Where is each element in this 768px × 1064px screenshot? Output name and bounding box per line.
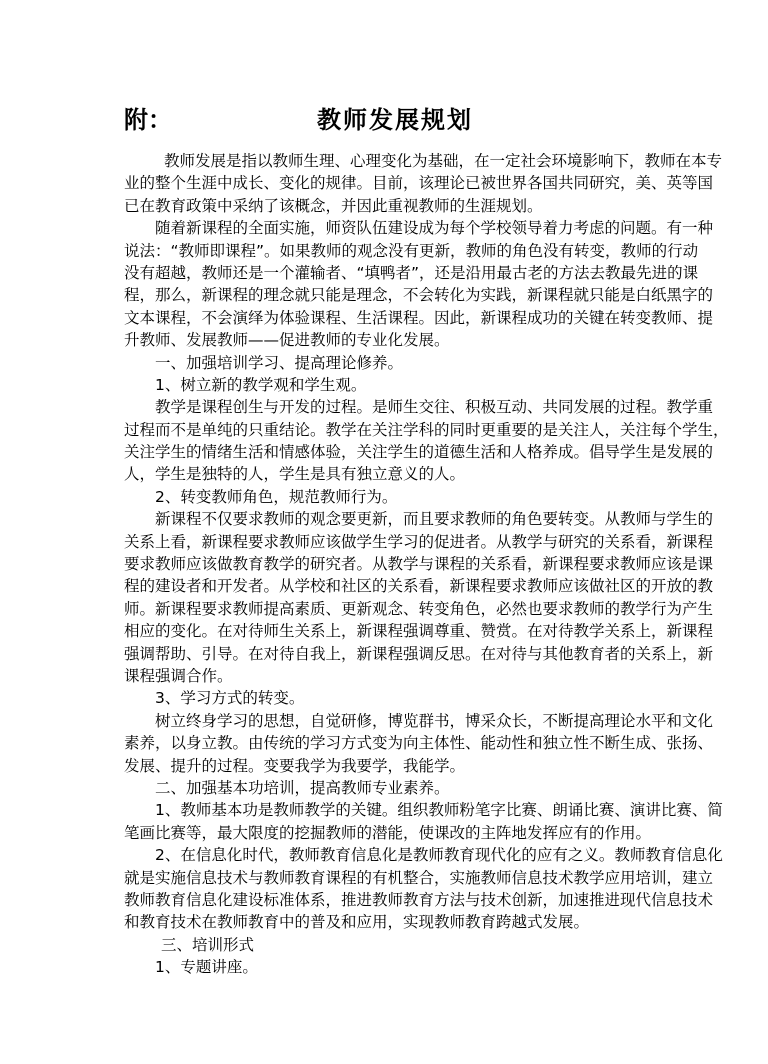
paragraph-line: 2、转变教师角色，规范教师行为。 — [124, 486, 684, 508]
paragraph-line: 师。新课程要求教师提高素质、更新观念、转变角色，必然也要求教师的教学行为产生 — [124, 598, 684, 620]
paragraph-line: 三、培训形式 — [124, 934, 684, 956]
paragraph-line: 过程而不是单纯的只重结论。教学在关注学科的同时更重要的是关注人，关注每个学生， — [124, 419, 684, 441]
paragraph-line: 素养，以身立教。由传统的学习方式变为向主体性、能动性和独立性不断生成、张扬、 — [124, 732, 684, 754]
paragraph-line: 业的整个生涯中成长、变化的规律。目前，该理论已被世界各国共同研究，美、英等国 — [124, 172, 684, 194]
paragraph-line: 相应的变化。在对待师生关系上，新课程强调尊重、赞赏。在对待教学关系上，新课程 — [124, 620, 684, 642]
paragraph-line: 2、在信息化时代，教师教育信息化是教师教育现代化的应有之义。教师教育信息化 — [124, 844, 684, 866]
document-page: 附： 教师发展规划 教师发展是指以教师生理、心理变化为基础，在一定社会环境影响下… — [0, 0, 768, 1064]
paragraph-line: 就是实施信息技术与教师教育课程的有机整合，实施教师信息技术教学应用培训，建立 — [124, 867, 684, 889]
paragraph-line: 笔画比赛等，最大限度的挖掘教师的潜能，使课改的主阵地发挥应有的作用。 — [124, 822, 684, 844]
paragraph-line: 程，那么，新课程的理念就只能是理念，不会转化为实践，新课程就只能是白纸黑字的 — [124, 284, 684, 306]
paragraph-line: 树立终身学习的思想，自觉研修，博览群书，博采众长，不断提高理论水平和文化 — [124, 710, 684, 732]
paragraph-line: 课程强调合作。 — [124, 665, 684, 687]
paragraph-line: 教学是课程创生与开发的过程。是师生交往、积极互动、共同发展的过程。教学重 — [124, 396, 684, 418]
paragraph-line: 二、加强基本功培训，提高教师专业素养。 — [124, 777, 684, 799]
document-body: 教师发展是指以教师生理、心理变化为基础，在一定社会环境影响下，教师在本专业的整个… — [124, 150, 684, 978]
paragraph-line: 升教师、发展教师——促进教师的专业化发展。 — [124, 329, 684, 351]
paragraph-line: 关注学生的情绪生活和情感体验，关注学生的道德生活和人格养成。倡导学生是发展的 — [124, 441, 684, 463]
paragraph-line: 1、教师基本功是教师教学的关键。组织教师粉笔字比赛、朗诵比赛、演讲比赛、简 — [124, 799, 684, 821]
paragraph-line: 随着新课程的全面实施，师资队伍建设成为每个学校领导着力考虑的问题。有一种 — [124, 217, 684, 239]
paragraph-line: 和教育技术在教师教育中的普及和应用，实现教师教育跨越式发展。 — [124, 911, 684, 933]
paragraph-line: 新课程不仅要求教师的观念要更新，而且要求教师的角色要转变。从教师与学生的 — [124, 508, 684, 530]
paragraph-line: 强调帮助、引导。在对待自我上，新课程强调反思。在对待与其他教育者的关系上，新 — [124, 643, 684, 665]
paragraph-line: 文本课程，不会演绎为体验课程、生活课程。因此，新课程成功的关键在转变教师、提 — [124, 307, 684, 329]
paragraph-line: 关系上看，新课程要求教师应该做学生学习的促进者。从教学与研究的关系看，新课程 — [124, 531, 684, 553]
paragraph-line: 1、专题讲座。 — [124, 956, 684, 978]
paragraph-line: 人，学生是独特的人，学生是具有独立意义的人。 — [124, 463, 684, 485]
title-row: 附： 教师发展规划 — [124, 100, 684, 140]
paragraph-line: 发展、提升的过程。变要我学为我要学，我能学。 — [124, 755, 684, 777]
paragraph-line: 程的建设者和开发者。从学校和社区的关系看，新课程要求教师应该做社区的开放的教 — [124, 575, 684, 597]
appendix-label: 附： — [124, 100, 172, 135]
paragraph-line: 要求教师应该做教育教学的研究者。从教学与课程的关系看，新课程要求教师应该是课 — [124, 553, 684, 575]
paragraph-line: 说法：“教师即课程”。如果教师的观念没有更新，教师的角色没有转变，教师的行动 — [124, 240, 684, 262]
paragraph-line: 教师发展是指以教师生理、心理变化为基础，在一定社会环境影响下，教师在本专 — [124, 150, 684, 172]
paragraph-line: 已在教育政策中采纳了该概念，并因此重视教师的生涯规划。 — [124, 195, 684, 217]
paragraph-line: 教师教育信息化建设标准体系，推进教师教育方法与技术创新，加速推进现代信息技术 — [124, 889, 684, 911]
paragraph-line: 没有超越，教师还是一个灌输者、“填鸭者”，还是沿用最古老的方法去教最先进的课 — [124, 262, 684, 284]
paragraph-line: 3、学习方式的转变。 — [124, 687, 684, 709]
paragraph-line: 一、加强培训学习、提高理论修养。 — [124, 352, 684, 374]
paragraph-line: 1、树立新的教学观和学生观。 — [124, 374, 684, 396]
document-title: 教师发展规划 — [317, 100, 473, 135]
